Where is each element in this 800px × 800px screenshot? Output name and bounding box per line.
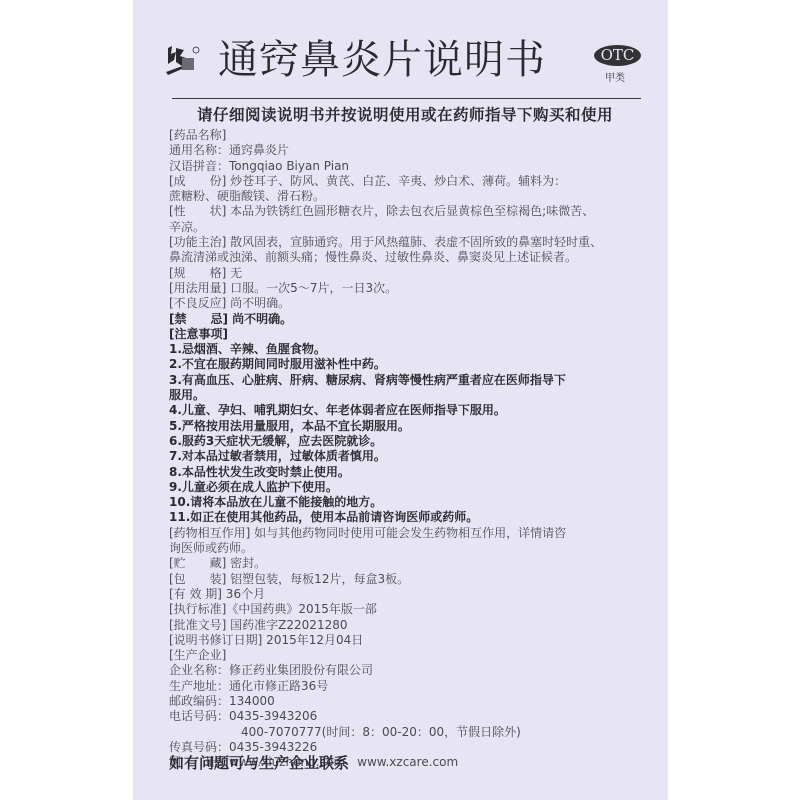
precaution-item: 6.服药3天症状无缓解，应去医院就诊。 [169, 434, 651, 449]
generic-name: 通用名称：通窍鼻炎片 [169, 143, 651, 158]
dosage: [用法用量] 口服。一次5～7片，一日3次。 [169, 281, 651, 296]
section-header-precautions: [注意事项] [169, 327, 651, 342]
brand-logo-icon [162, 44, 202, 78]
drug-interactions: [药物相互作用] 如与其他药物同时使用可能会发生药物相互作用，详情请咨 [169, 526, 651, 541]
precaution-item: 2.不宜在服药期间同时服用滋补性中药。 [169, 357, 651, 372]
drug-interactions-cont: 询医师或药师。 [169, 541, 651, 556]
description-cont: 辛凉。 [169, 220, 651, 235]
postal-code: 邮政编码：134000 [169, 694, 651, 709]
execution-standard: [执行标准]《中国药典》2015年版一部 [169, 602, 651, 617]
ingredients-cont: 蔗糖粉、硬脂酸镁、滑石粉。 [169, 189, 651, 204]
indications-cont: 鼻流清涕或浊涕、前额头痛；慢性鼻炎、过敏性鼻炎、鼻窦炎见上述证候者。 [169, 250, 651, 265]
precaution-item: 5.严格按用法用量服用，本品不宜长期服用。 [169, 419, 651, 434]
otc-badge: OTC [594, 45, 641, 66]
precaution-item: 9.儿童必须在成人监护下使用。 [169, 480, 651, 495]
ingredients: [成 份] 炒苍耳子、防风、黄芪、白芷、辛夷、炒白术、薄荷。辅料为： [169, 174, 651, 189]
precaution-item: 1.忌烟酒、辛辣、鱼腥食物。 [169, 342, 651, 357]
indications: [功能主治] 散风固表，宣肺通窍。用于风热蕴肺、表虚不固所致的鼻塞时轻时重、 [169, 235, 651, 250]
precaution-item: 7.对本品过敏者禁用，过敏体质者慎用。 [169, 449, 651, 464]
pinyin-name: 汉语拼音：Tongqiao Biyan Pian [169, 159, 651, 174]
section-header-manufacturer: [生产企业] [169, 648, 651, 663]
otc-class-label: 甲类 [605, 69, 625, 84]
description: [性 状] 本品为铁锈红色圆形糖衣片，除去包衣后显黄棕色至棕褐色;味微苦、 [169, 204, 651, 219]
revision-date: [说明书修订日期] 2015年12月04日 [169, 633, 651, 648]
approval-number: [批准文号] 国药准字Z22021280 [169, 618, 651, 633]
document-title: 通窍鼻炎片说明书 [218, 36, 546, 84]
title-divider [172, 98, 641, 99]
precaution-item: 4.儿童、孕妇、哺乳期妇女、年老体弱者应在医师指导下服用。 [169, 403, 651, 418]
validity-period: [有 效 期] 36个月 [169, 587, 651, 602]
usage-notice: 请仔细阅读说明书并按说明使用或在药师指导下购买和使用 [197, 103, 613, 125]
storage: [贮 藏] 密封。 [169, 556, 651, 571]
leaflet-body: [药品名称] 通用名称：通窍鼻炎片 汉语拼音：Tongqiao Biyan Pi… [169, 128, 651, 770]
company-address: 生产地址：通化市修正路36号 [169, 679, 651, 694]
company-name: 企业名称：修正药业集团股份有限公司 [169, 663, 651, 678]
adverse-reactions: [不良反应] 尚不明确。 [169, 296, 651, 311]
precaution-item: 8.本品性状发生改变时禁止使用。 [169, 465, 651, 480]
precaution-item: 10.请将本品放在儿童不能接触的地方。 [169, 495, 651, 510]
packaging: [包 装] 铝塑包装，每板12片，每盒3板。 [169, 572, 651, 587]
phone-number: 电话号码：0435-3943206 [169, 709, 651, 724]
specification: [规 格] 无 [169, 266, 651, 281]
precaution-item: 3.有高血压、心脏病、肝病、糖尿病、肾病等慢性病严重者应在医师指导下 [169, 373, 651, 388]
phone-number-hotline: 400-7070777(时间：8：00-20：00，节假日除外) [169, 725, 651, 740]
contact-note: 如有问题可与生产企业联系 [169, 752, 349, 773]
precaution-item-cont: 服用。 [169, 388, 651, 403]
contraindications: [禁 忌] 尚不明确。 [169, 312, 651, 327]
section-header-drug-name: [药品名称] [169, 128, 651, 143]
precaution-item: 11.如正在使用其他药品，使用本品前请咨询医师或药师。 [169, 510, 651, 525]
